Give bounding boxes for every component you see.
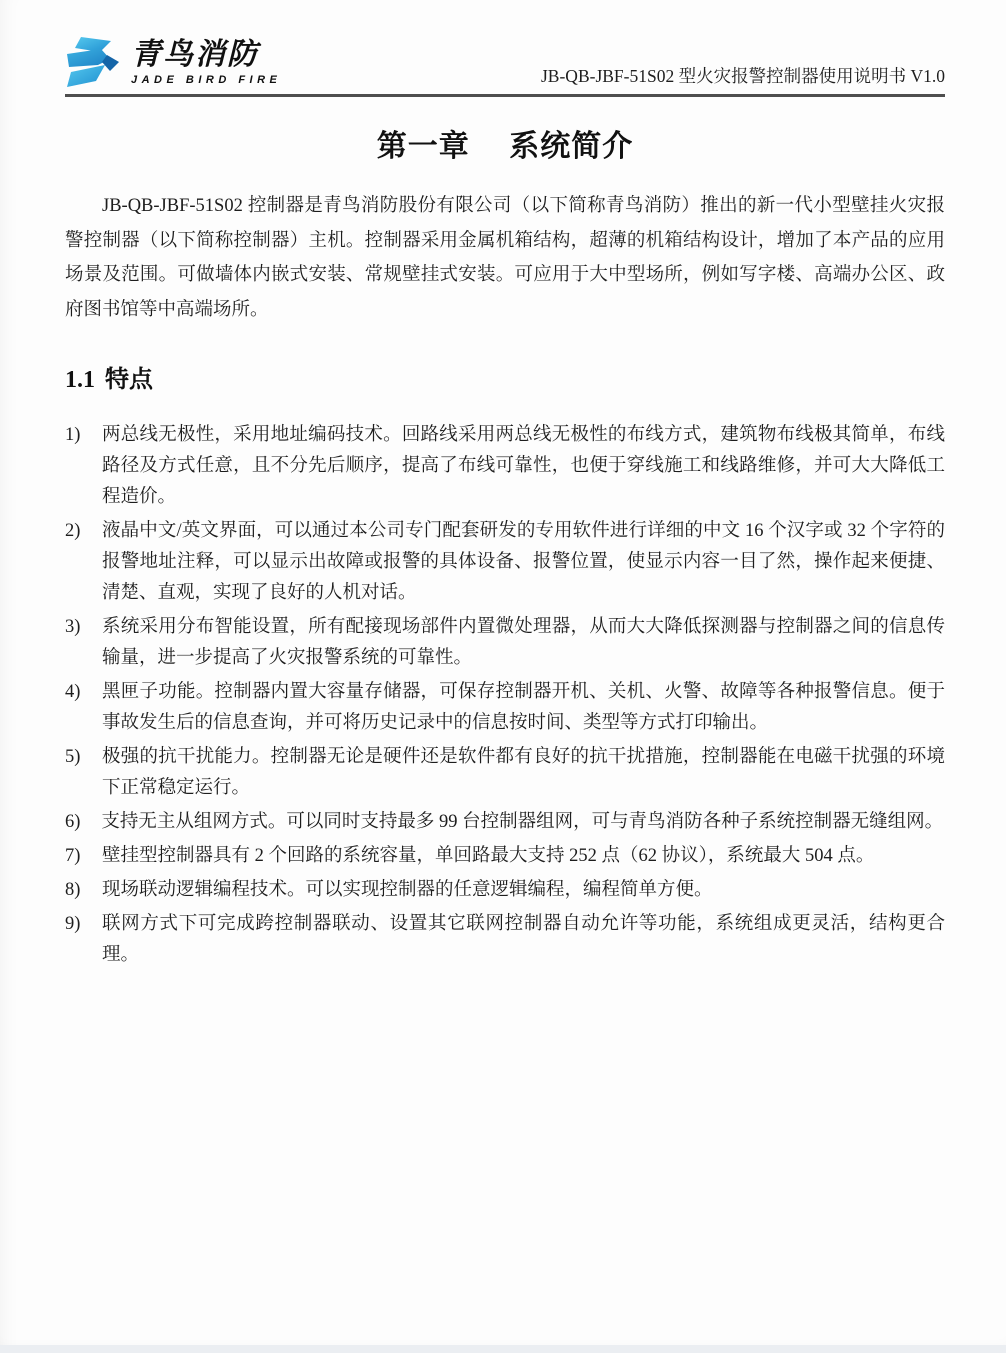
list-item: 5) 极强的抗干扰能力。控制器无论是硬件还是软件都有良好的抗干扰措施，控制器能在… <box>65 742 945 804</box>
list-item-text: 黑匣子功能。控制器内置大容量存储器，可保存控制器开机、关机、火警、故障等各种报警… <box>102 677 945 739</box>
list-item-text: 液晶中文/英文界面，可以通过本公司专门配套研发的专用软件进行详细的中文 16 个… <box>102 516 945 609</box>
list-item-number: 5) <box>65 742 102 804</box>
list-item: 1) 两总线无极性，采用地址编码技术。回路线采用两总线无极性的布线方式，建筑物布… <box>65 420 945 513</box>
chapter-title: 第一章 系统简介 <box>65 121 945 165</box>
brand-name-en: JADE BIRD FIRE <box>131 75 281 86</box>
list-item-number: 4) <box>65 677 102 739</box>
list-item-number: 8) <box>65 875 102 906</box>
list-item-text: 系统采用分布智能设置，所有配接现场部件内置微处理器，从而大大降低探测器与控制器之… <box>102 612 945 674</box>
jade-bird-logo-icon <box>65 34 121 92</box>
list-item-text: 两总线无极性，采用地址编码技术。回路线采用两总线无极性的布线方式，建筑物布线极其… <box>102 420 945 513</box>
list-item-number: 3) <box>65 612 102 674</box>
list-item: 8) 现场联动逻辑编程技术。可以实现控制器的任意逻辑编程，编程简单方便。 <box>65 875 945 906</box>
section-title: 特点 <box>105 367 153 393</box>
list-item: 2) 液晶中文/英文界面，可以通过本公司专门配套研发的专用软件进行详细的中文 1… <box>65 516 945 609</box>
feature-list: 1) 两总线无极性，采用地址编码技术。回路线采用两总线无极性的布线方式，建筑物布… <box>65 420 945 971</box>
list-item-number: 1) <box>65 420 102 513</box>
list-item-number: 6) <box>65 812 80 832</box>
section-number: 1.1 <box>65 367 95 393</box>
intro-paragraph: JB-QB-JBF-51S02 控制器是青鸟消防股份有限公司（以下简称青鸟消防）… <box>65 189 945 327</box>
manual-page: 青鸟消防 JADE BIRD FIRE JB-QB-JBF-51S02 型火灾报… <box>0 0 1006 971</box>
list-item-text: 壁挂型控制器具有 2 个回路的系统容量，单回路最大支持 252 点（62 协议）… <box>102 841 945 872</box>
section-heading: 1.1特点 <box>65 359 945 394</box>
list-item: 7) 壁挂型控制器具有 2 个回路的系统容量，单回路最大支持 252 点（62 … <box>65 841 945 872</box>
list-item-text: 极强的抗干扰能力。控制器无论是硬件还是软件都有良好的抗干扰措施，控制器能在电磁干… <box>102 742 945 804</box>
list-item-text: 联网方式下可完成跨控制器联动、设置其它联网控制器自动允许等功能，系统组成更灵活，… <box>102 909 945 971</box>
list-item-text: 支持无主从组网方式。可以同时支持最多 99 台控制器组网，可与青鸟消防各种子系统… <box>101 812 943 832</box>
document-title: JB-QB-JBF-51S02 型火灾报警控制器使用说明书 V1.0 <box>541 63 945 92</box>
page-header: 青鸟消防 JADE BIRD FIRE JB-QB-JBF-51S02 型火灾报… <box>65 34 945 92</box>
brand-name-cn: 青鸟消防 <box>131 40 281 70</box>
list-item: 9) 联网方式下可完成跨控制器联动、设置其它联网控制器自动允许等功能，系统组成更… <box>65 909 945 971</box>
list-item: 6)支持无主从组网方式。可以同时支持最多 99 台控制器组网，可与青鸟消防各种子… <box>65 807 945 838</box>
list-item-number: 7) <box>65 841 102 872</box>
list-item-text: 现场联动逻辑编程技术。可以实现控制器的任意逻辑编程，编程简单方便。 <box>102 875 945 906</box>
header-divider <box>65 94 945 97</box>
page-bottom-strip <box>0 1345 1006 1353</box>
list-item: 4) 黑匣子功能。控制器内置大容量存储器，可保存控制器开机、关机、火警、故障等各… <box>65 677 945 739</box>
brand-logo: 青鸟消防 JADE BIRD FIRE <box>65 34 281 92</box>
list-item-number: 9) <box>65 909 102 971</box>
list-item: 3) 系统采用分布智能设置，所有配接现场部件内置微处理器，从而大大降低探测器与控… <box>65 612 945 674</box>
list-item-number: 2) <box>65 516 102 609</box>
brand-logo-text: 青鸟消防 JADE BIRD FIRE <box>131 40 281 86</box>
